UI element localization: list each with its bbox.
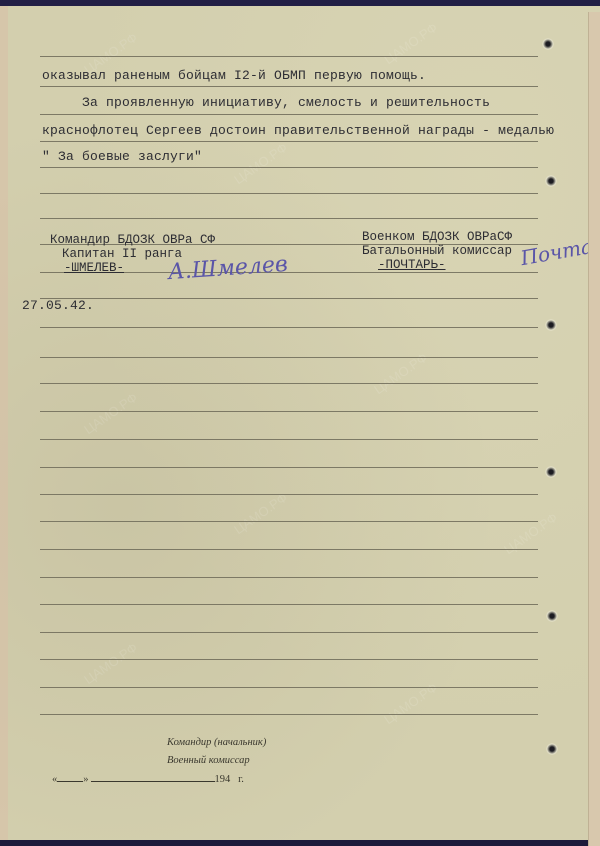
month-blank — [91, 781, 215, 782]
page-binding-strip — [588, 12, 600, 840]
form-rule — [40, 549, 538, 550]
binding-hole — [546, 743, 558, 755]
date-close-quote: » — [83, 774, 88, 785]
form-rule — [40, 521, 538, 522]
binding-hole — [546, 610, 558, 622]
day-blank — [57, 781, 83, 782]
form-rule — [40, 383, 538, 384]
form-rule — [40, 604, 538, 605]
form-rule — [40, 298, 538, 299]
signatory-right-rank: Батальонный комиссар — [362, 244, 542, 258]
form-rule — [40, 632, 538, 633]
signatory-right-title: Военком БДОЗК ОВРаСФ — [362, 230, 542, 244]
form-rule — [40, 357, 538, 358]
form-rule — [40, 114, 538, 115]
binding-hole — [542, 38, 554, 50]
watermark: ЦАМО.РФ — [231, 490, 290, 537]
form-rule — [40, 439, 538, 440]
body-line-2: За проявленную инициативу, смелость и ре… — [82, 95, 490, 110]
watermark: ЦАМО.РФ — [81, 640, 140, 687]
form-rule — [40, 141, 538, 142]
page-left-edge — [0, 6, 8, 840]
watermark: ЦАМО.РФ — [501, 510, 560, 557]
footer-date-line: «»194 г. — [52, 774, 244, 785]
body-line-3: краснофлотец Сергеев достоин правительст… — [42, 123, 554, 138]
form-rule — [40, 714, 538, 715]
watermark: ЦАМО.РФ — [81, 390, 140, 437]
signatory-right-name: -ПОЧТАРЬ- — [362, 258, 542, 272]
year-suffix: г. — [238, 774, 244, 785]
binding-hole — [545, 466, 557, 478]
watermark: ЦАМО.РФ — [231, 140, 290, 187]
form-rule — [40, 467, 538, 468]
form-rule — [40, 167, 538, 168]
footer-commander-label: Командир (начальник) — [167, 737, 266, 748]
document-page: ЦАМО.РФ ЦАМО.РФ ЦАМО.РФ ЦАМО.РФ ЦАМО.РФ … — [0, 6, 600, 840]
binding-hole — [545, 319, 557, 331]
form-rule — [40, 327, 538, 328]
year-prefix: 194 — [215, 774, 231, 785]
form-rule — [40, 218, 538, 219]
signatory-left-title: Командир БДОЗК ОВРа СФ — [50, 233, 230, 247]
body-line-1: оказывал раненым бойцам I2-й ОБМП первую… — [42, 68, 426, 83]
form-rule — [40, 687, 538, 688]
footer-commissar-label: Военный комиссар — [167, 755, 250, 766]
form-rule — [40, 411, 538, 412]
binding-hole — [545, 175, 557, 187]
form-rule — [40, 56, 538, 57]
body-line-4: " За боевые заслуги" — [42, 149, 202, 164]
date-open-quote: « — [52, 774, 57, 785]
watermark: ЦАМО.РФ — [381, 20, 440, 67]
form-rule — [40, 659, 538, 660]
signatory-right: Военком БДОЗК ОВРаСФ Батальонный комисса… — [362, 230, 542, 272]
form-rule — [40, 86, 538, 87]
form-rule — [40, 577, 538, 578]
document-date: 27.05.42. — [22, 298, 94, 313]
form-rule — [40, 193, 538, 194]
form-rule — [40, 494, 538, 495]
